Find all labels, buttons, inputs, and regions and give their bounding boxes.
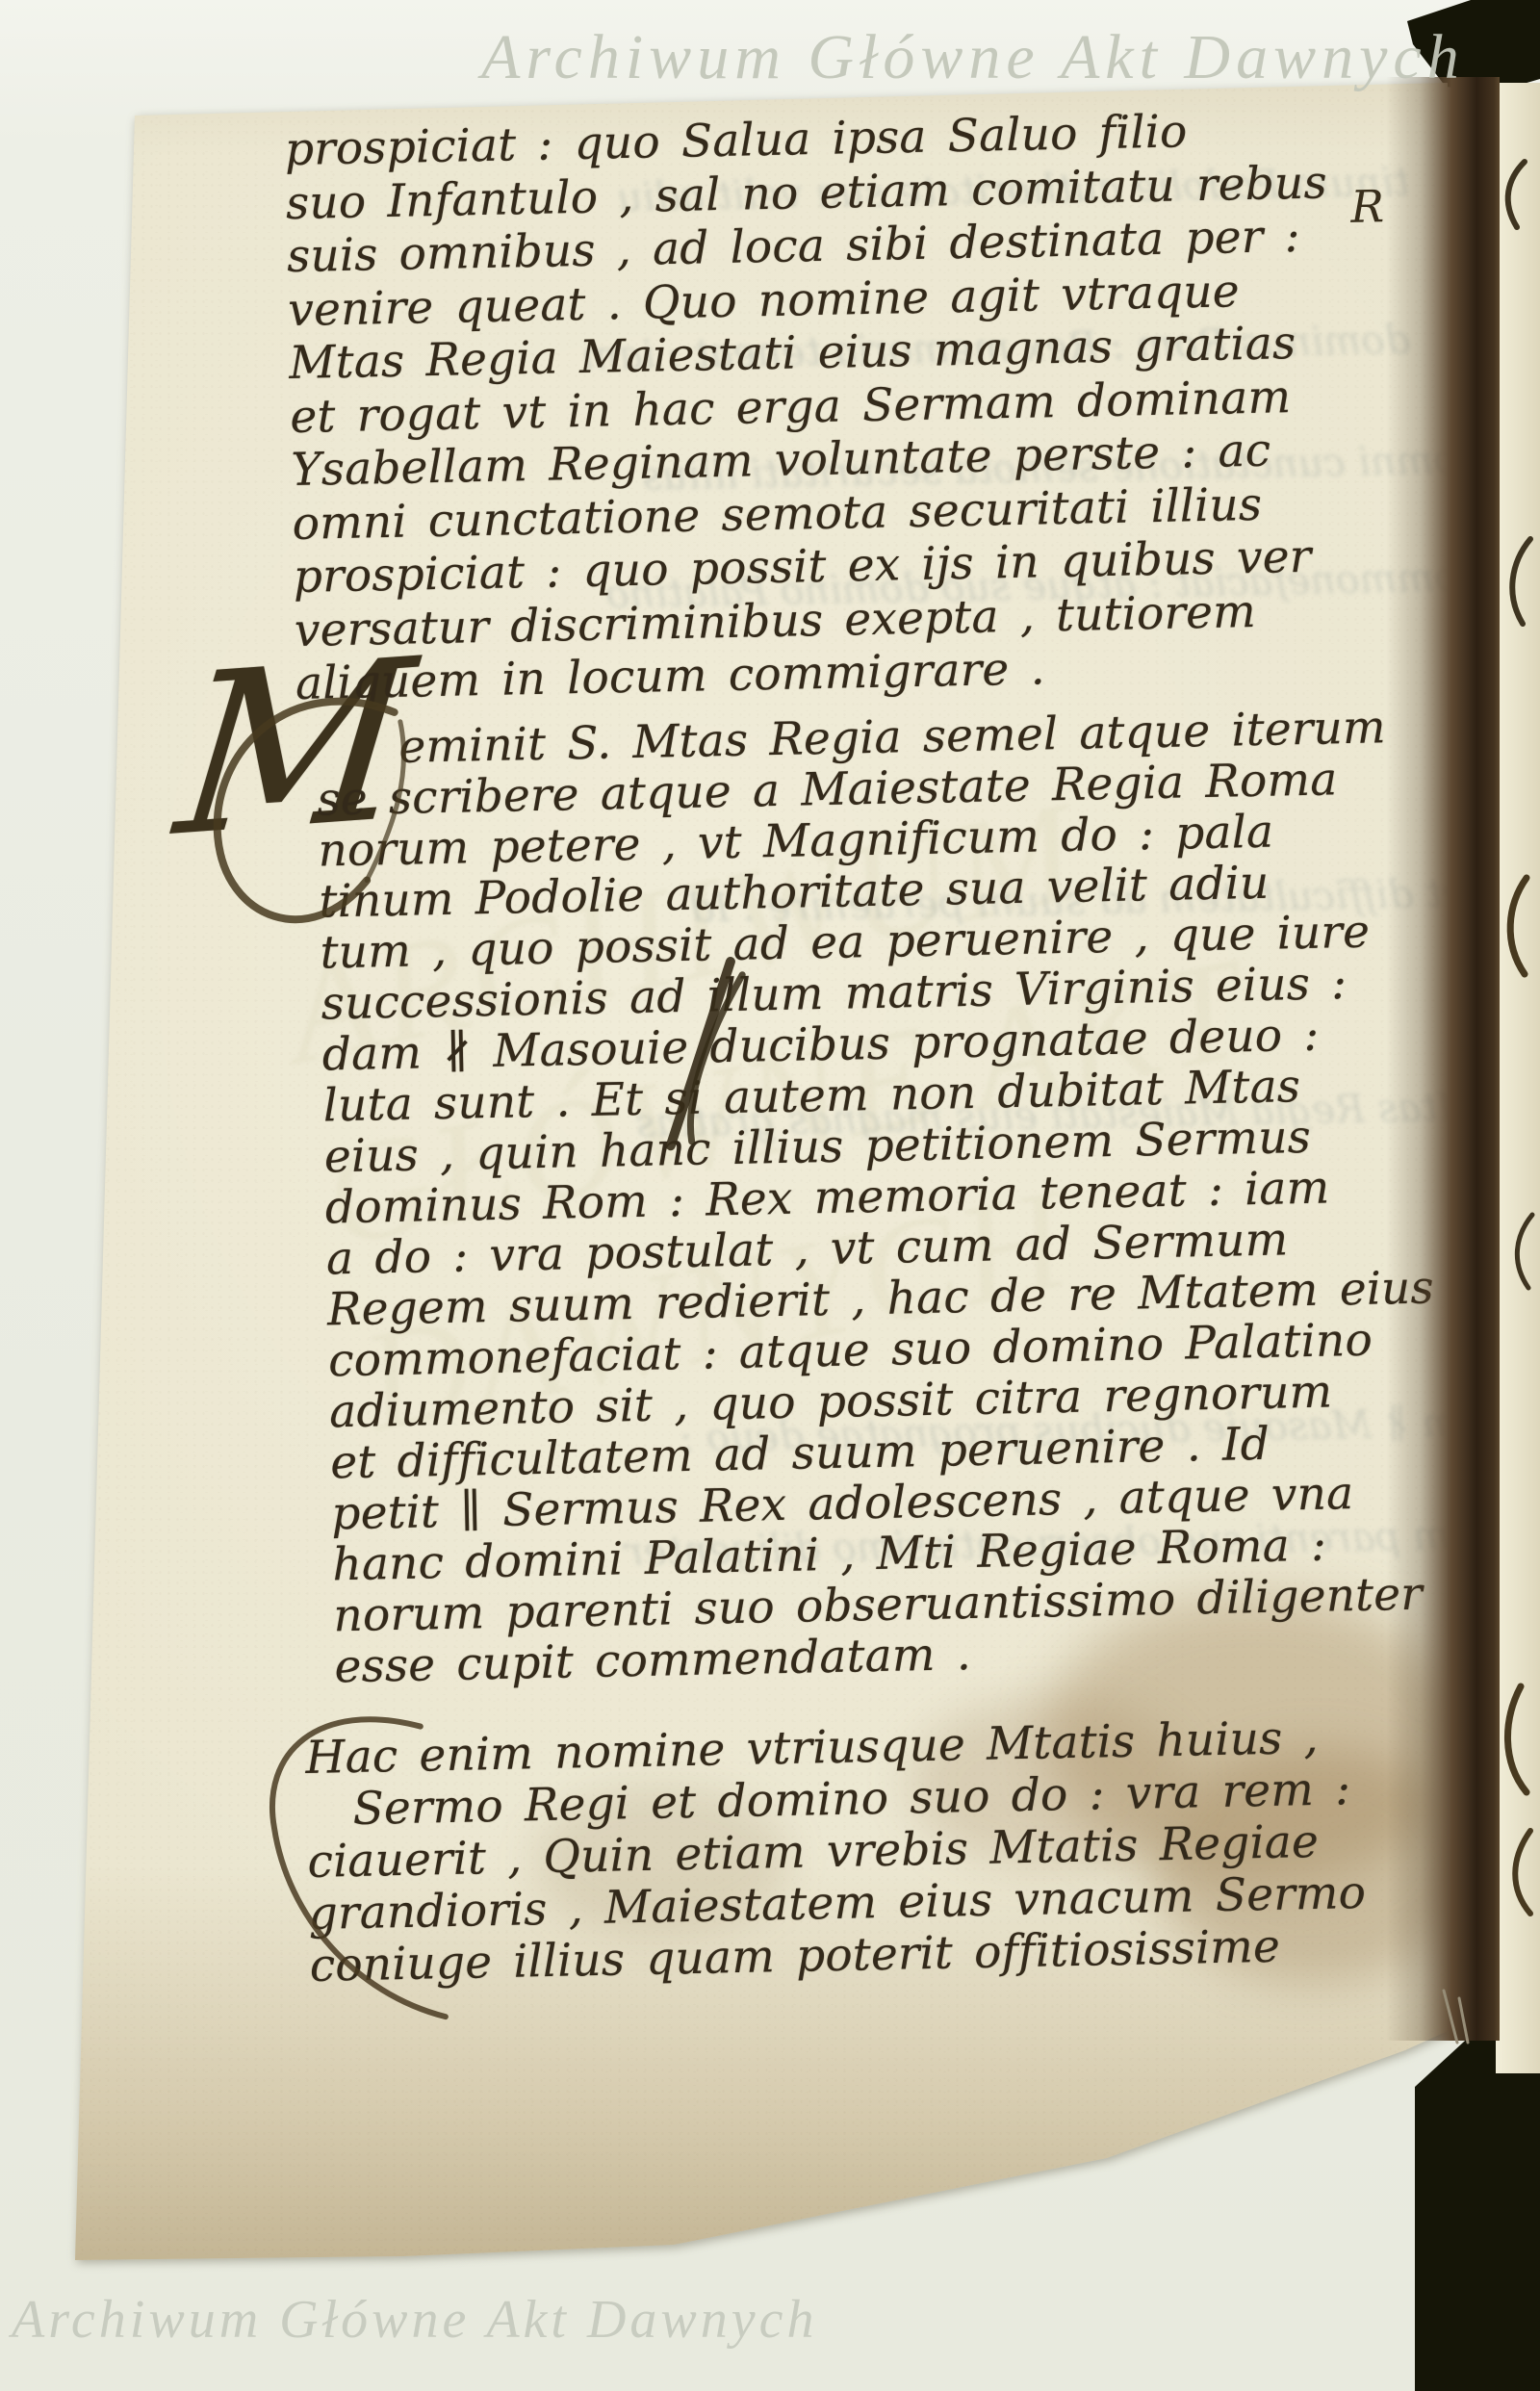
paragraph-3: Hac enim nomine vtriusque Mtatis huius ,… bbox=[305, 1711, 1368, 1992]
paragraph-2: eminit S. Mtas Regia semel atque iterums… bbox=[316, 701, 1442, 1692]
paragraph-1: prospiciat : quo Salua ipsa Saluo filios… bbox=[284, 102, 1337, 710]
book-gutter-shadow bbox=[1386, 77, 1500, 2041]
manuscript-page: Archiwum Główne Akt Dawnych tinum Podoli… bbox=[0, 0, 1540, 2391]
margin-mark: R bbox=[1350, 180, 1385, 233]
ink-layer: tinum Podolie authoritate sua velit adiu… bbox=[0, 0, 1540, 2391]
scanned-archive-image: Archiwum Główne Akt Dawnych tinum Podoli… bbox=[0, 0, 1540, 2391]
page-shadow: Archiwum Główne Akt Dawnych tinum Podoli… bbox=[0, 0, 1540, 2391]
